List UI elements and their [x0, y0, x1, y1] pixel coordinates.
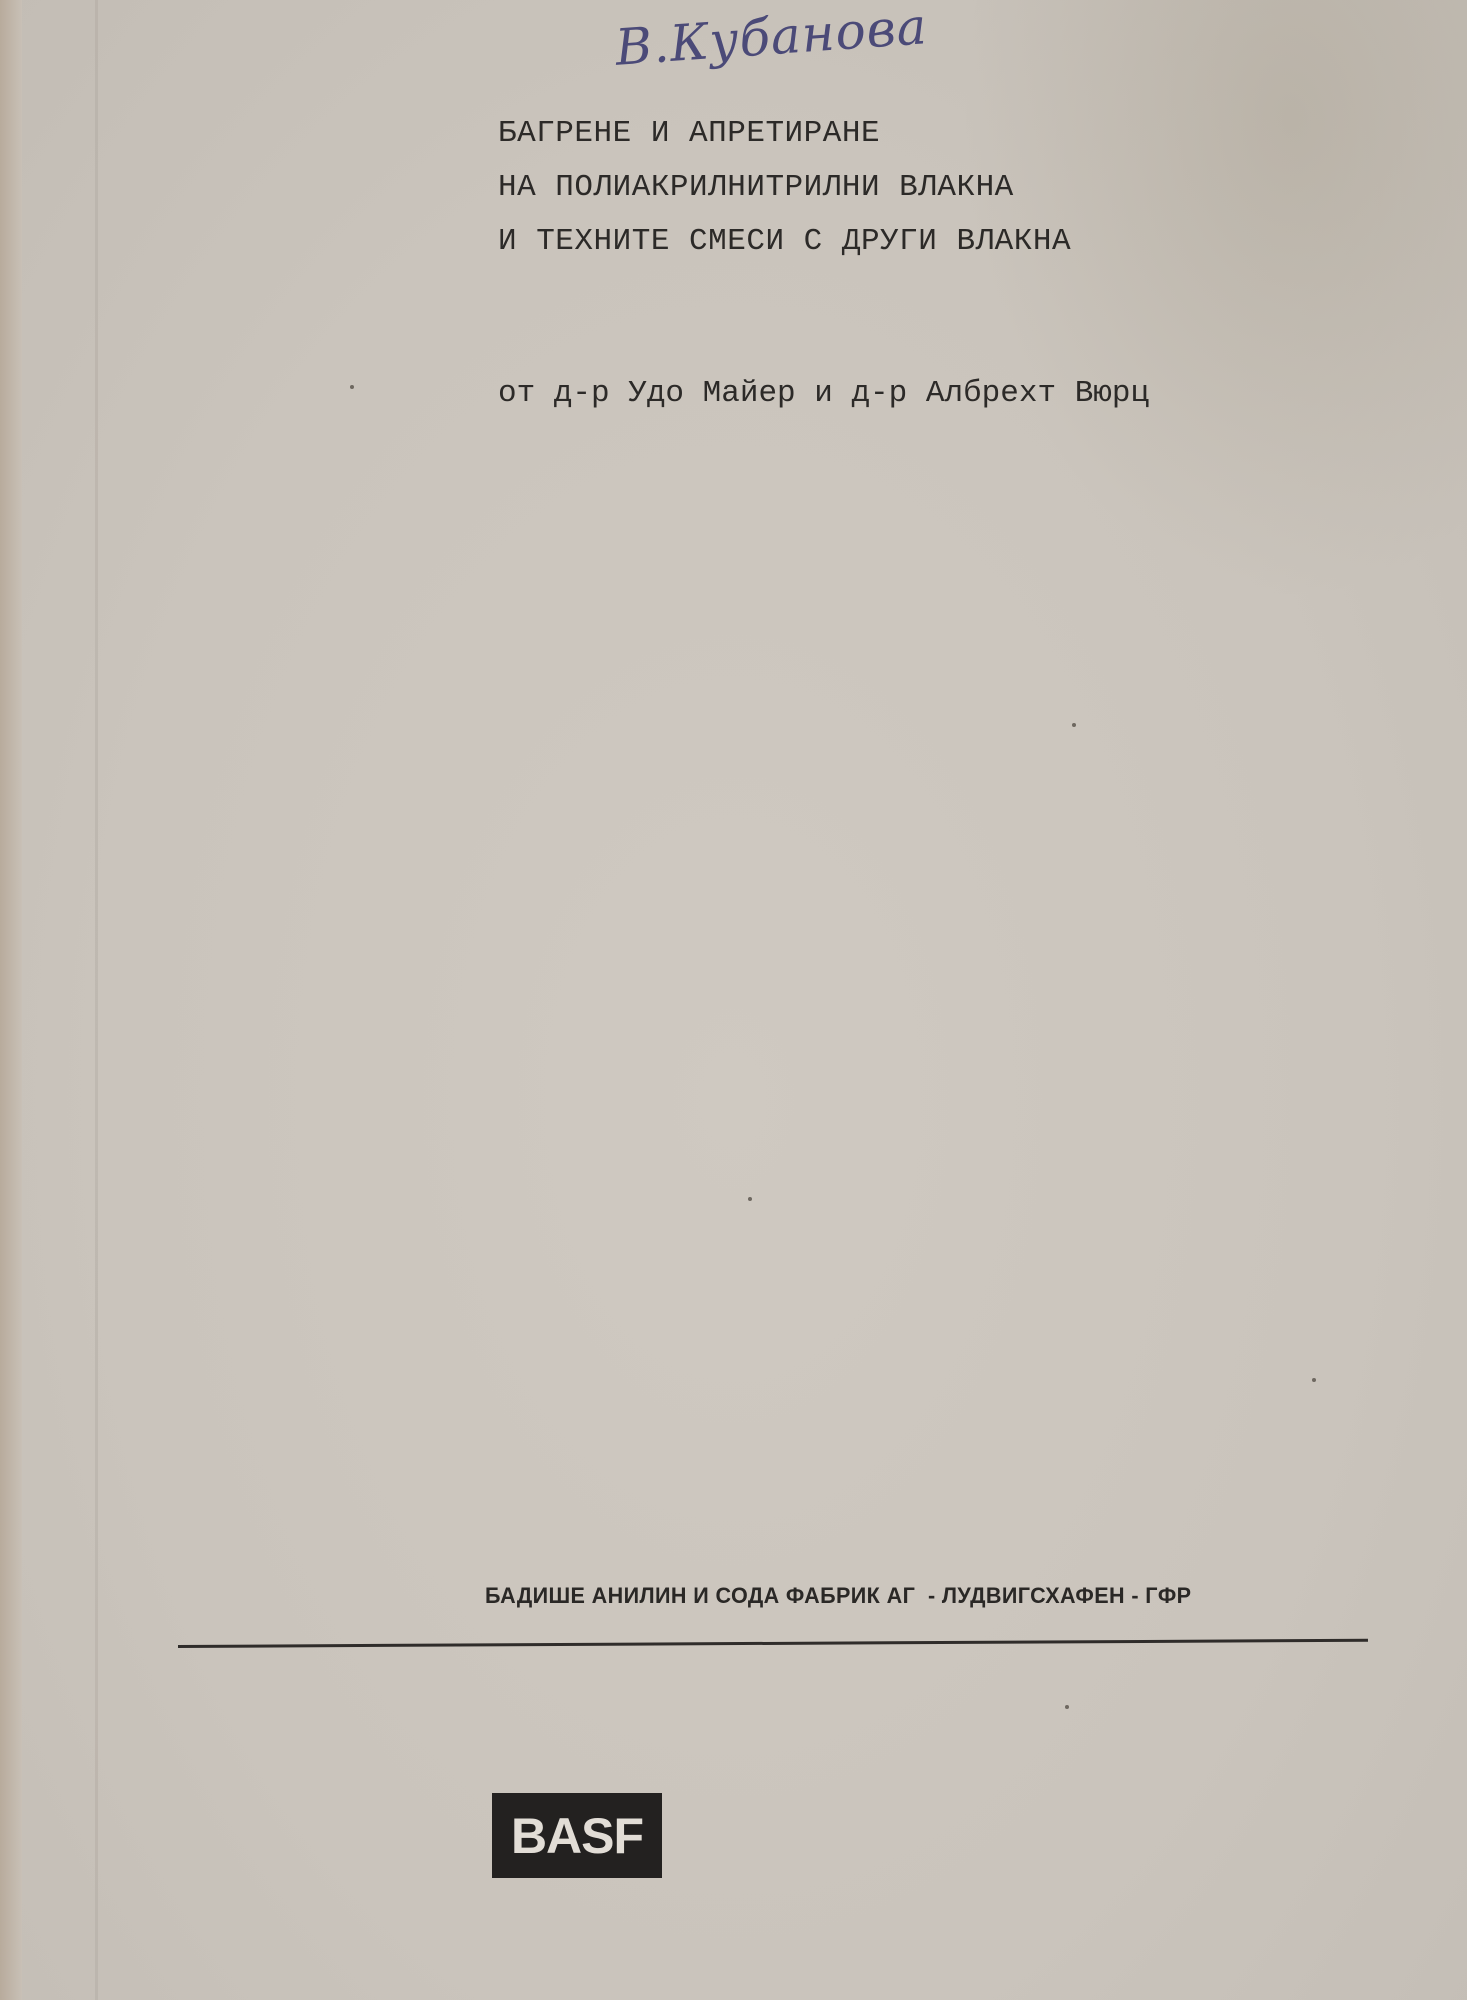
paper-speck	[748, 1197, 752, 1201]
horizontal-rule	[178, 1639, 1368, 1648]
paper-speck	[1072, 723, 1076, 727]
title-line: И ТЕХНИТЕ СМЕСИ С ДРУГИ ВЛАКНА	[498, 215, 1071, 269]
authors-line: от д-р Удо Майер и д-р Албрехт Вюрц	[498, 376, 1149, 411]
publisher-line: БАДИШЕ АНИЛИН И СОДА ФАБРИК АГ - ЛУДВИГС…	[485, 1583, 1191, 1609]
title-line: НА ПОЛИАКРИЛНИТРИЛНИ ВЛАКНА	[498, 161, 1071, 215]
binding-edge	[0, 0, 22, 2000]
document-cover: В.Кубанова БАГРЕНЕ И АПРЕТИРАНЕ НА ПОЛИА…	[0, 0, 1467, 2000]
fold-crease	[95, 0, 98, 2000]
basf-logo: BASF	[492, 1793, 662, 1878]
paper-speck	[1312, 1378, 1316, 1382]
handwritten-signature: В.Кубанова	[613, 0, 929, 77]
paper-speck	[1065, 1705, 1069, 1709]
document-title: БАГРЕНЕ И АПРЕТИРАНЕ НА ПОЛИАКРИЛНИТРИЛН…	[498, 107, 1071, 269]
logo-text: BASF	[511, 1807, 643, 1865]
title-line: БАГРЕНЕ И АПРЕТИРАНЕ	[498, 107, 1071, 161]
paper-speck	[350, 385, 354, 389]
